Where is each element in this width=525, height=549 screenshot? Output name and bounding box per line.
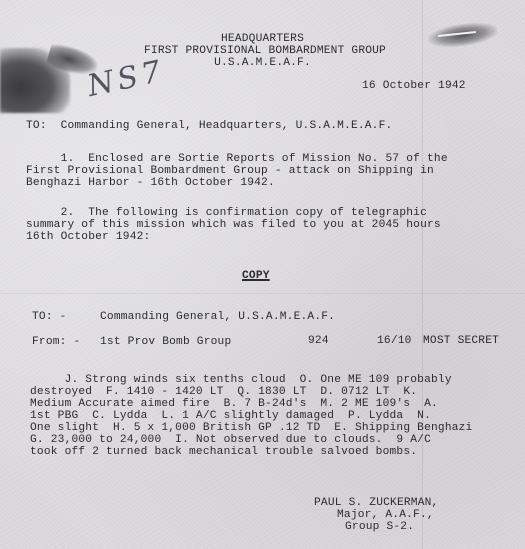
- telegram-classification: MOST SECRET: [423, 335, 499, 347]
- telegram-from-value: 1st Prov Bomb Group: [100, 336, 231, 348]
- telegram-body-line: 1st PBG C. Lydda L. 1 A/C slightly damag…: [30, 410, 431, 422]
- telegram-body-line: J. Strong winds six tenths cloud O. One …: [30, 374, 452, 386]
- telegram-body-line: One slight H. 5 x 1,000 British GP .12 T…: [30, 422, 472, 434]
- telegram-to-value: Commanding General, U.S.A.M.E.A.F.: [100, 311, 335, 323]
- addressee-line: TO: Commanding General, Headquarters, U.…: [26, 120, 392, 132]
- paragraph-line: 1. Enclosed are Sortie Reports of Missio…: [26, 153, 448, 165]
- scanned-document-page: NS7 HEADQUARTERS FIRST PROVISIONAL BOMBA…: [0, 0, 525, 549]
- telegram-body-line: Medium Accurate aimed fire B. 7 B-24d's …: [30, 398, 438, 410]
- telegram-from-label: From: -: [32, 336, 80, 348]
- telegram-to-label: TO: -: [32, 311, 67, 323]
- telegram-body-line: took off 2 turned back mechanical troubl…: [30, 446, 417, 458]
- paragraph-line: summary of this mission which was filed …: [26, 219, 441, 231]
- paragraph-line: First Provisional Bombardment Group - at…: [26, 165, 434, 177]
- paragraph-line: 2. The following is confirmation copy of…: [26, 207, 427, 219]
- signature-rank: Major, A.A.F.,: [337, 509, 434, 521]
- paragraph-line: Benghazi Harbor - 16th October 1942.: [26, 177, 275, 189]
- telegram-body-line: G. 23,000 to 24,000 I. Not observed due …: [30, 434, 431, 446]
- paper-fold-line: [0, 293, 525, 294]
- letterhead-line-3: U.S.A.M.E.A.F.: [0, 57, 525, 69]
- letterhead-line-2: FIRST PROVISIONAL BOMBARDMENT GROUP: [0, 45, 525, 57]
- telegram-date: 16/10: [377, 335, 412, 347]
- telegram-number: 924: [308, 335, 329, 347]
- document-date: 16 October 1942: [362, 80, 466, 92]
- telegram-body-line: destroyed F. 1410 - 1420 LT Q. 1830 LT D…: [30, 386, 417, 398]
- copy-heading: COPY: [242, 270, 270, 282]
- signature-name: PAUL S. ZUCKERMAN,: [314, 497, 438, 509]
- signature-title: Group S-2.: [345, 521, 414, 533]
- paragraph-line: 16th October 1942:: [26, 231, 150, 243]
- letterhead-line-1: HEADQUARTERS: [0, 33, 525, 45]
